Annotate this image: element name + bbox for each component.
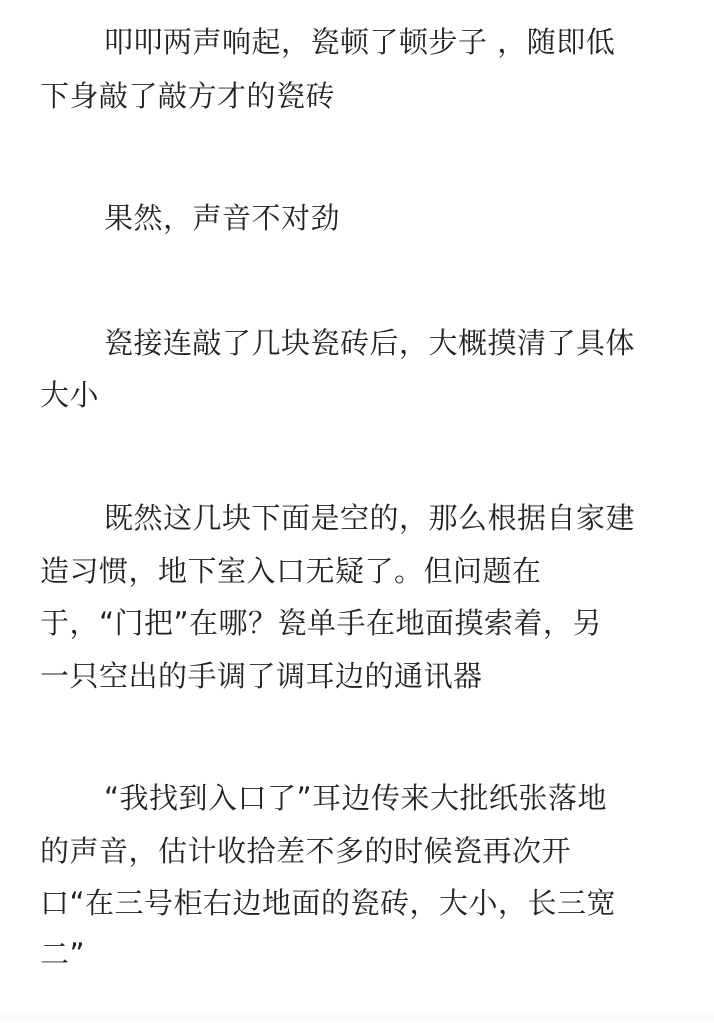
paragraph-4-line-2: 造习惯，地下室入口无疑了。但问题在 xyxy=(40,551,542,591)
document-page: 叩叩两声响起，瓷顿了顿步子 ，随即低 下身敲了敲方才的瓷砖 果然，声音不对劲 瓷… xyxy=(0,0,714,1023)
bottom-edge xyxy=(0,1019,714,1023)
paragraph-5-line-1: “我找到入口了”耳边传来大批纸张落地 xyxy=(104,778,607,818)
paragraph-1-line-1: 叩叩两声响起，瓷顿了顿步子 ，随即低 xyxy=(104,22,615,62)
paragraph-2-line-1: 果然，声音不对劲 xyxy=(104,198,340,238)
paragraph-4-line-3: 于，“门把”在哪？瓷单手在地面摸索着，另 xyxy=(40,603,602,643)
paragraph-3-line-2: 大小 xyxy=(40,375,99,415)
paragraph-4-line-1: 既然这几块下面是空的，那么根据自家建 xyxy=(104,498,635,538)
paragraph-1-line-2: 下身敲了敲方才的瓷砖 xyxy=(40,76,335,116)
paragraph-3-line-1: 瓷接连敲了几块瓷砖后，大概摸清了具体 xyxy=(104,323,635,363)
paragraph-5-line-4: 二” xyxy=(40,934,85,974)
paragraph-5-line-3: 口“在三号柜右边地面的瓷砖，大小，长三宽 xyxy=(40,883,616,923)
paragraph-5-line-2: 的声音，估计收拾差不多的时候瓷再次开 xyxy=(40,831,571,871)
paragraph-4-line-4: 一只空出的手调了调耳边的通讯器 xyxy=(40,656,483,696)
